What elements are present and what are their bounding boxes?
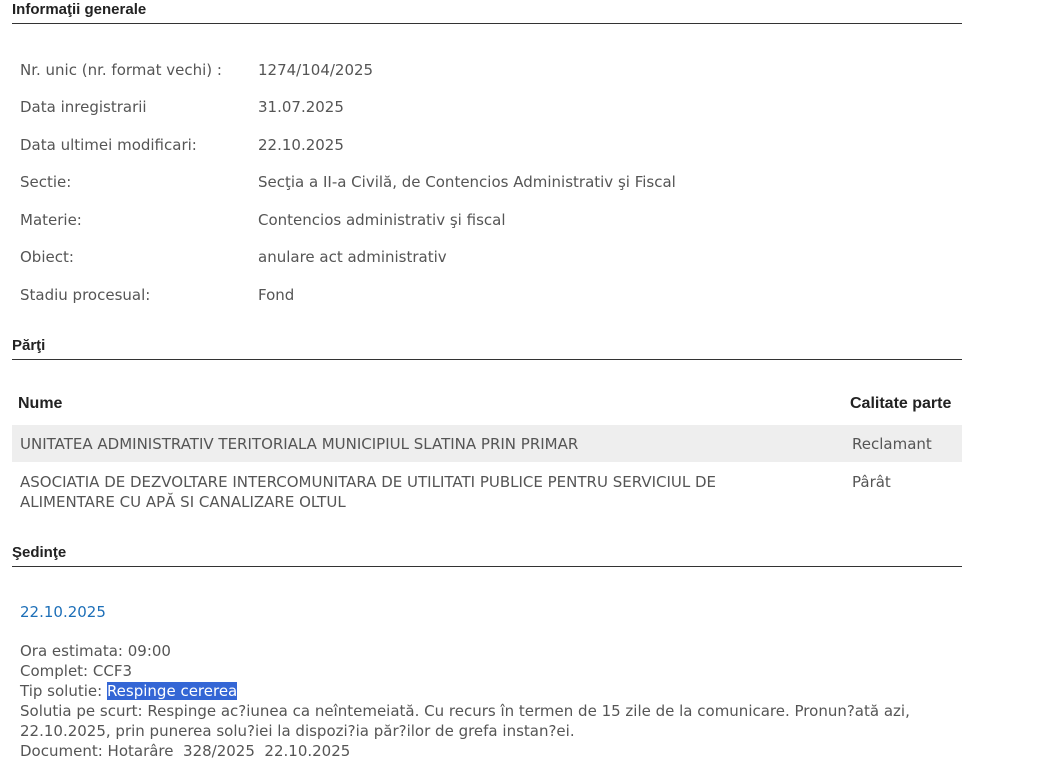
hearing-time: Ora estimata: 09:00 (20, 641, 950, 661)
party-name: ASOCIATIA DE DEZVOLTARE INTERCOMUNITARA … (20, 472, 760, 512)
hearing-document: Document: Hotarâre 328/2025 22.10.2025 (20, 741, 950, 761)
info-label: Sectie: (20, 173, 250, 191)
info-value: 22.10.2025 (258, 136, 344, 154)
info-label: Materie: (20, 211, 250, 229)
label: Document: (20, 742, 108, 760)
label: Solutia pe scurt: (20, 702, 147, 720)
info-label: Data ultimei modificari: (20, 136, 250, 154)
table-row: ASOCIATIA DE DEZVOLTARE INTERCOMUNITARA … (12, 462, 962, 522)
info-value: anulare act administrativ (258, 248, 447, 266)
info-value: Fond (258, 286, 294, 304)
party-name: UNITATEA ADMINISTRATIV TERITORIALA MUNIC… (20, 434, 790, 454)
party-role: Reclamant (852, 434, 932, 454)
info-label: Obiect: (20, 248, 250, 266)
value: CCF3 (93, 662, 132, 680)
hearing-panel: Complet: CCF3 (20, 661, 950, 681)
column-header-name: Nume (18, 395, 62, 413)
section-title-general: Informaţii generale (12, 1, 962, 24)
info-label: Nr. unic (nr. format vechi) : (20, 61, 250, 79)
label: Ora estimata: (20, 642, 128, 660)
hearing-date: 22.10.2025 (20, 603, 106, 621)
label: Tip solutie: (20, 682, 107, 700)
section-title-hearings: Şedinţe (12, 544, 962, 567)
party-role: Pârât (852, 472, 891, 492)
table-row: UNITATEA ADMINISTRATIV TERITORIALA MUNIC… (12, 425, 962, 462)
info-value: 1274/104/2025 (258, 61, 373, 79)
section-title-parties: Părţi (12, 337, 962, 360)
hearing-details: Ora estimata: 09:00 Complet: CCF3 Tip so… (20, 641, 950, 761)
hearing-solution-type: Tip solutie: Respinge cererea (20, 681, 950, 701)
info-value: Contencios administrativ şi fiscal (258, 211, 506, 229)
info-value: 31.07.2025 (258, 98, 344, 116)
value: 09:00 (128, 642, 171, 660)
hearing-solution-summary: Solutia pe scurt: Respinge ac?iunea ca n… (20, 701, 950, 741)
label: Complet: (20, 662, 93, 680)
info-value: Secţia a II-a Civilă, de Contencios Admi… (258, 173, 676, 191)
selected-text[interactable]: Respinge cererea (107, 682, 237, 700)
info-label: Data inregistrarii (20, 98, 250, 116)
info-label: Stadiu procesual: (20, 286, 250, 304)
value: Respinge ac?iunea ca neîntemeiată. Cu re… (20, 702, 910, 740)
value: Hotarâre 328/2025 22.10.2025 (108, 742, 351, 760)
column-header-role: Calitate parte (850, 395, 951, 413)
